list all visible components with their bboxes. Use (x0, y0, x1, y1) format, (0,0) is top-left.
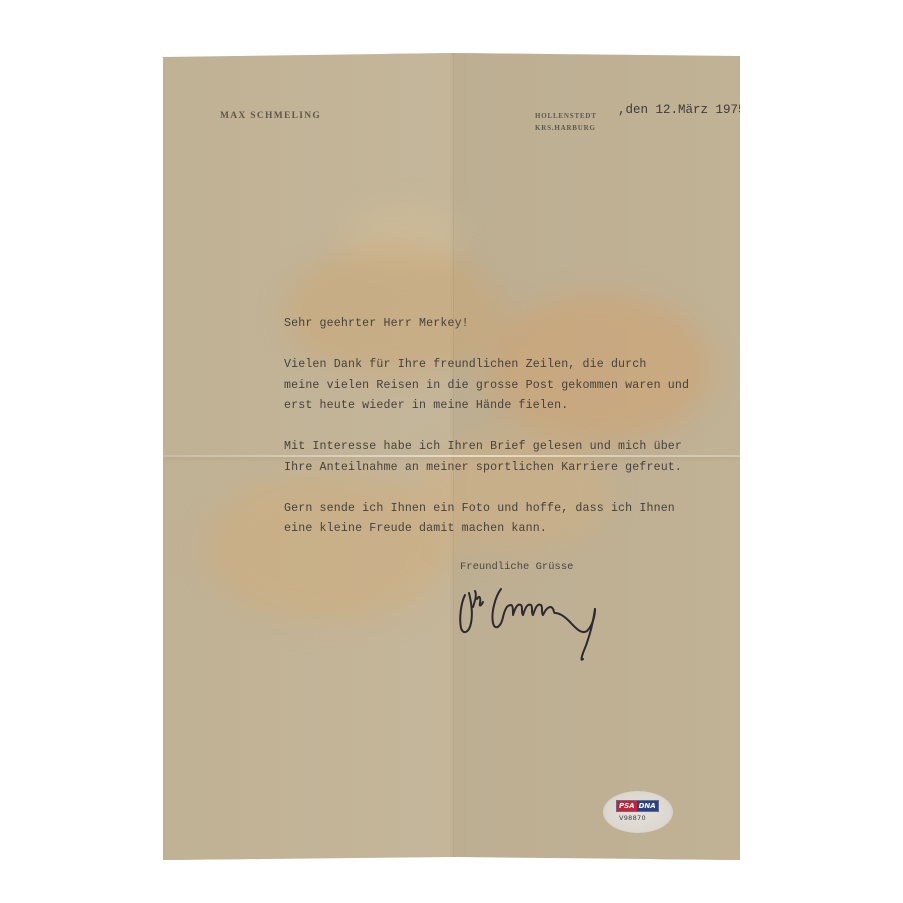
certificate-id: V98870 (619, 814, 646, 822)
age-stain (343, 203, 463, 273)
closing: Freundliche Grüsse (460, 561, 573, 573)
letterhead-name: MAX SCHMELING (220, 111, 321, 121)
letterhead-town: HOLLENSTEDT (535, 110, 597, 122)
body-line: Mit Interesse habe ich Ihren Brief geles… (284, 440, 682, 453)
letter-date: ,den 12.März 1975 (618, 103, 740, 117)
body-line: erst heute wieder in meine Hände fielen. (284, 399, 568, 412)
letterhead-place: HOLLENSTEDT KRS.HARBURG (535, 110, 597, 134)
dna-label: DNA (637, 801, 658, 811)
paragraph: Gern sende ich Ihnen ein Foto und hoffe,… (284, 499, 724, 540)
letter-body: Sehr geehrter Herr Merkey! Vielen Dank f… (284, 314, 724, 560)
salutation: Sehr geehrter Herr Merkey! (284, 314, 724, 335)
letter-paper: MAX SCHMELING HOLLENSTEDT KRS.HARBURG ,d… (163, 53, 740, 860)
psa-dna-logo-icon: PSA DNA (616, 800, 659, 812)
body-line: Vielen Dank für Ihre freundlichen Zeilen… (284, 358, 646, 371)
body-line: meine vielen Reisen in die grosse Post g… (284, 379, 689, 392)
body-line: eine kleine Freude damit machen kann. (284, 522, 547, 535)
paragraph: Mit Interesse habe ich Ihren Brief geles… (284, 437, 724, 478)
signature-icon (455, 573, 645, 673)
body-line: Ihre Anteilnahme an meiner sportlichen K… (284, 461, 682, 474)
body-line: Gern sende ich Ihnen ein Foto und hoffe,… (284, 502, 675, 515)
authentication-sticker: PSA DNA V98870 (603, 791, 673, 833)
letterhead-district: KRS.HARBURG (535, 122, 597, 134)
psa-label: PSA (617, 801, 637, 811)
paragraph: Vielen Dank für Ihre freundlichen Zeilen… (284, 355, 724, 417)
